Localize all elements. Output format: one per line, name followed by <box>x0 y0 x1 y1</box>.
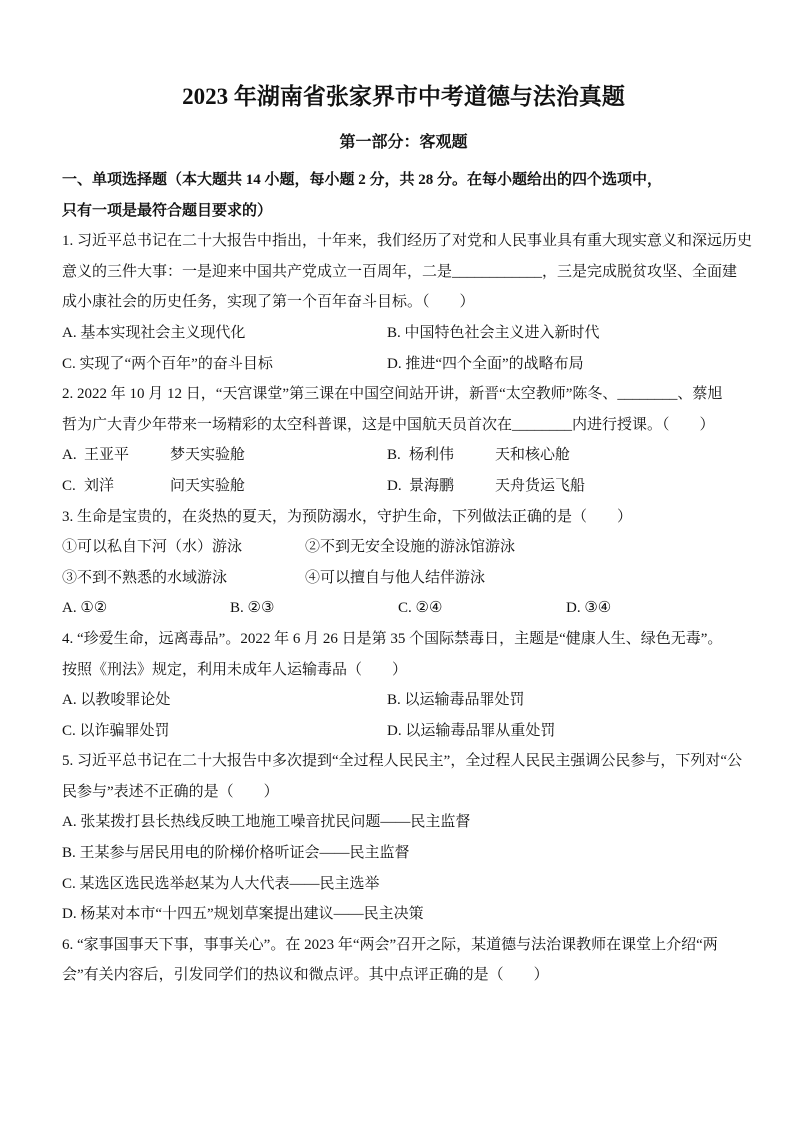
question-6-text-line: 6. “家事国事天下事，事事关心”。在 2023 年“两会”召开之际，某道德与法… <box>62 930 745 961</box>
option-label: B. <box>387 440 409 471</box>
statement-4: ④可以擅自与他人结伴游泳 <box>305 563 745 594</box>
module-name: 天舟货运飞船 <box>495 478 585 494</box>
astronaut-name: 景海鹏 <box>409 471 495 502</box>
question-3-answer-row: A. ①②B. ②③C. ②④D. ③④ <box>62 593 745 624</box>
question-1-option-a: A. 基本实现社会主义现代化 <box>62 318 387 349</box>
page-content: 2023 年湖南省张家界市中考道德与法治真题 第一部分：客观题 一、单项选择题（… <box>0 0 793 991</box>
question-1-text-line: 成小康社会的历史任务，实现了第一个百年奋斗目标。（ ） <box>62 287 745 318</box>
question-1-options-row: A. 基本实现社会主义现代化 B. 中国特色社会主义进入新时代 <box>62 318 745 349</box>
question-2: 2. 2022 年 10 月 12 日，“天宫课堂”第三课在中国空间站开讲，新晋… <box>62 379 745 501</box>
question-5: 5. 习近平总书记在二十大报告中多次提到“全过程人民民主”，全过程人民民主强调公… <box>62 746 745 930</box>
option-label: A. <box>62 440 84 471</box>
question-1-option-b: B. 中国特色社会主义进入新时代 <box>387 318 745 349</box>
question-4-option-d: D. 以运输毒品罪从重处罚 <box>387 716 745 747</box>
module-name: 问天实验舱 <box>170 478 245 494</box>
question-6: 6. “家事国事天下事，事事关心”。在 2023 年“两会”召开之际，某道德与法… <box>62 930 745 991</box>
question-4-option-b: B. 以运输毒品罪处罚 <box>387 685 745 716</box>
module-name: 梦天实验舱 <box>170 447 245 463</box>
astronaut-name: 王亚平 <box>84 440 170 471</box>
question-3-statements-row: ①可以私自下河（水）游泳 ②不到无安全设施的游泳馆游泳 <box>62 532 745 563</box>
section-intro-line-1: 一、单项选择题（本大题共 14 小题，每小题 2 分，共 28 分。在每小题给出… <box>62 165 745 196</box>
question-3-option-d: D. ③④ <box>566 593 611 624</box>
question-6-text-line: 会”有关内容后，引发同学们的热议和微点评。其中点评正确的是（ ） <box>62 960 745 991</box>
question-2-option-c: C.刘洋问天实验舱 <box>62 471 387 502</box>
option-label: C. <box>62 471 84 502</box>
question-5-option-d: D. 杨某对本市“十四五”规划草案提出建议——民主决策 <box>62 899 745 930</box>
question-2-option-d: D.景海鹏天舟货运飞船 <box>387 471 745 502</box>
question-2-text-line: 2. 2022 年 10 月 12 日，“天宫课堂”第三课在中国空间站开讲，新晋… <box>62 379 745 410</box>
question-1-text-line: 意义的三件大事：一是迎来中国共产党成立一百周年，二是____________，三… <box>62 257 745 288</box>
module-name: 天和核心舱 <box>495 447 570 463</box>
statement-3: ③不到不熟悉的水域游泳 <box>62 563 305 594</box>
question-5-option-c: C. 某选区选民选举赵某为人大代表——民主选举 <box>62 869 745 900</box>
question-2-options-row: A.王亚平梦天实验舱 B.杨利伟天和核心舱 <box>62 440 745 471</box>
question-1-option-d: D. 推进“四个全面”的战略布局 <box>387 349 745 380</box>
question-2-options-row: C.刘洋问天实验舱 D.景海鹏天舟货运飞船 <box>62 471 745 502</box>
question-1: 1. 习近平总书记在二十大报告中指出，十年来，我们经历了对党和人民事业具有重大现… <box>62 226 745 379</box>
part-heading: 第一部分：客观题 <box>62 133 745 153</box>
astronaut-name: 刘洋 <box>84 471 170 502</box>
question-4-text-line: 按照《刑法》规定，利用未成年人运输毒品（ ） <box>62 655 745 686</box>
question-1-options-row: C. 实现了“两个百年”的奋斗目标 D. 推进“四个全面”的战略布局 <box>62 349 745 380</box>
question-2-option-b: B.杨利伟天和核心舱 <box>387 440 745 471</box>
question-4-option-c: C. 以诈骗罪处罚 <box>62 716 387 747</box>
exam-document-page: 2023 年湖南省张家界市中考道德与法治真题 第一部分：客观题 一、单项选择题（… <box>0 0 793 1122</box>
question-5-option-b: B. 王某参与居民用电的阶梯价格听证会——民主监督 <box>62 838 745 869</box>
option-label: D. <box>387 471 409 502</box>
astronaut-name: 杨利伟 <box>409 440 495 471</box>
section-intro: 一、单项选择题（本大题共 14 小题，每小题 2 分，共 28 分。在每小题给出… <box>62 165 745 226</box>
question-2-text-line: 哲为广大青少年带来一场精彩的太空科普课，这是中国航天员首次在________内进… <box>62 410 745 441</box>
question-4-options-row: A. 以教唆罪论处 B. 以运输毒品罪处罚 <box>62 685 745 716</box>
question-3-statements-row: ③不到不熟悉的水域游泳 ④可以擅自与他人结伴游泳 <box>62 563 745 594</box>
question-4-text-line: 4. “珍爱生命，远离毒品”。2022 年 6 月 26 日是第 35 个国际禁… <box>62 624 745 655</box>
question-2-option-a: A.王亚平梦天实验舱 <box>62 440 387 471</box>
question-1-text-line: 1. 习近平总书记在二十大报告中指出，十年来，我们经历了对党和人民事业具有重大现… <box>62 226 745 257</box>
question-3-option-b: B. ②③ <box>230 593 398 624</box>
question-5-option-a: A. 张某拨打县长热线反映工地施工噪音扰民问题——民主监督 <box>62 807 745 838</box>
page-title: 2023 年湖南省张家界市中考道德与法治真题 <box>62 80 745 114</box>
statement-1: ①可以私自下河（水）游泳 <box>62 532 305 563</box>
question-4-options-row: C. 以诈骗罪处罚 D. 以运输毒品罪从重处罚 <box>62 716 745 747</box>
question-5-text-line: 5. 习近平总书记在二十大报告中多次提到“全过程人民民主”，全过程人民民主强调公… <box>62 746 745 777</box>
section-intro-line-2: 只有一项是最符合题目要求的） <box>62 196 745 227</box>
question-4-option-a: A. 以教唆罪论处 <box>62 685 387 716</box>
question-3-text-line: 3. 生命是宝贵的，在炎热的夏天，为预防溺水，守护生命，下列做法正确的是（ ） <box>62 502 745 533</box>
question-3-option-a: A. ①② <box>62 593 230 624</box>
statement-2: ②不到无安全设施的游泳馆游泳 <box>305 532 745 563</box>
question-3-option-c: C. ②④ <box>398 593 566 624</box>
question-3: 3. 生命是宝贵的，在炎热的夏天，为预防溺水，守护生命，下列做法正确的是（ ） … <box>62 502 745 624</box>
question-4: 4. “珍爱生命，远离毒品”。2022 年 6 月 26 日是第 35 个国际禁… <box>62 624 745 746</box>
question-5-text-line: 民参与”表述不正确的是（ ） <box>62 777 745 808</box>
question-1-option-c: C. 实现了“两个百年”的奋斗目标 <box>62 349 387 380</box>
